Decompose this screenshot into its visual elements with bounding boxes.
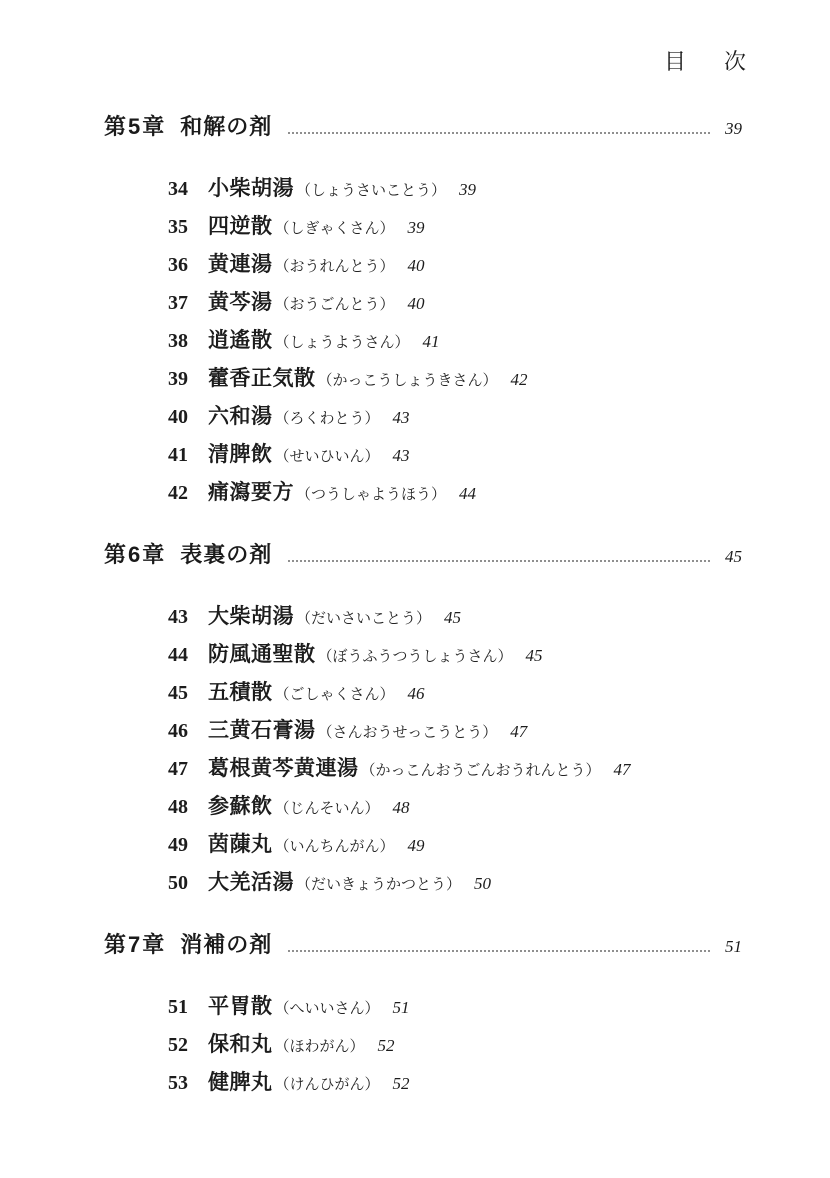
entry-formula-name: 五積散 [208, 676, 273, 706]
entry-page-number: 45 [526, 646, 543, 666]
chapter-label: 第7章 [104, 930, 166, 960]
entry-reading: （いんちんがん） [275, 835, 395, 856]
entry-reading: （かっこうしょうきさん） [318, 369, 498, 390]
entry-number: 45 [168, 682, 193, 705]
entry-reading: （だいさいことう） [296, 607, 431, 628]
entry-page-number: 39 [408, 218, 425, 238]
chapter-label: 第5章 [104, 112, 166, 142]
entry-formula-name: 平胃散 [208, 990, 273, 1020]
toc-entry: 46 三黄石膏湯 （さんおうせっこうとう） 47 [104, 714, 742, 752]
entry-number: 38 [168, 330, 193, 353]
toc-entry: 40 六和湯 （ろくわとう） 43 [104, 400, 742, 438]
toc-entry: 41 清脾飲 （せいひいん） 43 [104, 438, 742, 476]
entry-reading: （おうれんとう） [275, 255, 395, 276]
entry-formula-name: 茵蔯丸 [208, 828, 273, 858]
chapter-label: 第6章 [104, 540, 166, 570]
chapter-section: 第5章 和解の剤 39 34 小柴胡湯 （しょうさいことう） 39 35 四逆散… [104, 112, 742, 514]
chapter-title: 和解の剤 [180, 112, 272, 142]
entry-number: 51 [168, 996, 193, 1019]
entry-formula-name: 四逆散 [208, 210, 273, 240]
toc-entry: 43 大柴胡湯 （だいさいことう） 45 [104, 600, 742, 638]
entry-reading: （しょうさいことう） [296, 179, 446, 200]
chapter-heading: 第7章 消補の剤 51 [104, 930, 742, 962]
toc-entry: 45 五積散 （ごしゃくさん） 46 [104, 676, 742, 714]
dotted-leader [288, 950, 710, 952]
toc-entry: 36 黄連湯 （おうれんとう） 40 [104, 248, 742, 286]
entry-reading: （かっこんおうごんおうれんとう） [361, 759, 601, 780]
entry-page-number: 42 [511, 370, 528, 390]
entry-number: 36 [168, 254, 193, 277]
entry-formula-name: 三黄石膏湯 [208, 714, 316, 744]
entry-formula-name: 黄連湯 [208, 248, 273, 278]
toc-entry: 48 参蘇飲 （じんそいん） 48 [104, 790, 742, 828]
entry-formula-name: 痛瀉要方 [208, 476, 294, 506]
entry-page-number: 52 [393, 1074, 410, 1094]
entry-reading: （ろくわとう） [275, 407, 380, 428]
entry-page-number: 39 [459, 180, 476, 200]
entry-reading: （しぎゃくさん） [275, 217, 395, 238]
entry-formula-name: 大柴胡湯 [208, 600, 294, 630]
toc-entry: 34 小柴胡湯 （しょうさいことう） 39 [104, 172, 742, 210]
entry-number: 40 [168, 406, 193, 429]
entry-reading: （へいいさん） [275, 997, 380, 1018]
chapter-page-number: 51 [720, 932, 742, 962]
entry-formula-name: 保和丸 [208, 1028, 273, 1058]
page-title: 目 次 [664, 49, 754, 74]
entry-number: 35 [168, 216, 193, 239]
entry-page-number: 40 [408, 294, 425, 314]
entry-page-number: 52 [378, 1036, 395, 1056]
entry-number: 47 [168, 758, 193, 781]
entry-reading: （さんおうせっこうとう） [318, 721, 498, 742]
entry-number: 52 [168, 1034, 193, 1057]
chapter-page-number: 39 [720, 114, 742, 144]
entry-formula-name: 清脾飲 [208, 438, 273, 468]
entry-page-number: 45 [444, 608, 461, 628]
toc-entry: 37 黄芩湯 （おうごんとう） 40 [104, 286, 742, 324]
toc: 第5章 和解の剤 39 34 小柴胡湯 （しょうさいことう） 39 35 四逆散… [0, 112, 830, 1104]
entry-page-number: 47 [510, 722, 527, 742]
toc-entry: 38 逍遙散 （しょうようさん） 41 [104, 324, 742, 362]
entry-reading: （おうごんとう） [275, 293, 395, 314]
chapter-entries: 51 平胃散 （へいいさん） 51 52 保和丸 （ほわがん） 52 53 健脾… [104, 990, 742, 1104]
entry-reading: （けんひがん） [275, 1073, 380, 1094]
entry-number: 44 [168, 644, 193, 667]
entry-formula-name: 六和湯 [208, 400, 273, 430]
entry-formula-name: 藿香正気散 [208, 362, 316, 392]
entry-reading: （ほわがん） [275, 1035, 365, 1056]
entry-number: 34 [168, 178, 193, 201]
entry-formula-name: 健脾丸 [208, 1066, 273, 1096]
entry-reading: （しょうようさん） [275, 331, 410, 352]
entry-formula-name: 小柴胡湯 [208, 172, 294, 202]
entry-reading: （せいひいん） [275, 445, 380, 466]
entry-page-number: 41 [423, 332, 440, 352]
entry-page-number: 48 [393, 798, 410, 818]
entry-page-number: 43 [393, 408, 410, 428]
entry-formula-name: 大羌活湯 [208, 866, 294, 896]
entry-formula-name: 黄芩湯 [208, 286, 273, 316]
entry-number: 50 [168, 872, 193, 895]
entry-reading: （つうしゃようほう） [296, 483, 446, 504]
chapter-entries: 34 小柴胡湯 （しょうさいことう） 39 35 四逆散 （しぎゃくさん） 39… [104, 172, 742, 514]
entry-number: 43 [168, 606, 193, 629]
entry-reading: （ぼうふうつうしょうさん） [318, 645, 513, 666]
entry-page-number: 43 [393, 446, 410, 466]
page-header: 目 次 [0, 0, 830, 76]
entry-formula-name: 防風通聖散 [208, 638, 316, 668]
toc-entry: 44 防風通聖散 （ぼうふうつうしょうさん） 45 [104, 638, 742, 676]
entry-number: 48 [168, 796, 193, 819]
chapter-title: 表裏の剤 [180, 540, 272, 570]
chapter-title: 消補の剤 [180, 930, 272, 960]
entry-number: 53 [168, 1072, 193, 1095]
entry-formula-name: 逍遙散 [208, 324, 273, 354]
toc-entry: 49 茵蔯丸 （いんちんがん） 49 [104, 828, 742, 866]
chapter-entries: 43 大柴胡湯 （だいさいことう） 45 44 防風通聖散 （ぼうふうつうしょう… [104, 600, 742, 904]
entry-page-number: 44 [459, 484, 476, 504]
entry-reading: （ごしゃくさん） [275, 683, 395, 704]
chapter-page-number: 45 [720, 542, 742, 572]
entry-page-number: 47 [614, 760, 631, 780]
entry-reading: （だいきょうかつとう） [296, 873, 461, 894]
toc-entry: 47 葛根黄芩黄連湯 （かっこんおうごんおうれんとう） 47 [104, 752, 742, 790]
dotted-leader [288, 132, 710, 134]
entry-page-number: 46 [408, 684, 425, 704]
entry-number: 42 [168, 482, 193, 505]
entry-formula-name: 参蘇飲 [208, 790, 273, 820]
chapter-section: 第6章 表裏の剤 45 43 大柴胡湯 （だいさいことう） 45 44 防風通聖… [104, 540, 742, 904]
toc-entry: 35 四逆散 （しぎゃくさん） 39 [104, 210, 742, 248]
entry-number: 37 [168, 292, 193, 315]
entry-page-number: 51 [393, 998, 410, 1018]
entry-number: 41 [168, 444, 193, 467]
entry-formula-name: 葛根黄芩黄連湯 [208, 752, 359, 782]
chapter-heading: 第5章 和解の剤 39 [104, 112, 742, 144]
entry-page-number: 40 [408, 256, 425, 276]
toc-entry: 52 保和丸 （ほわがん） 52 [104, 1028, 742, 1066]
toc-entry: 39 藿香正気散 （かっこうしょうきさん） 42 [104, 362, 742, 400]
chapter-heading: 第6章 表裏の剤 45 [104, 540, 742, 572]
entry-reading: （じんそいん） [275, 797, 380, 818]
toc-entry: 51 平胃散 （へいいさん） 51 [104, 990, 742, 1028]
toc-entry: 50 大羌活湯 （だいきょうかつとう） 50 [104, 866, 742, 904]
entry-number: 49 [168, 834, 193, 857]
entry-page-number: 50 [474, 874, 491, 894]
entry-page-number: 49 [408, 836, 425, 856]
toc-entry: 53 健脾丸 （けんひがん） 52 [104, 1066, 742, 1104]
entry-number: 46 [168, 720, 193, 743]
entry-number: 39 [168, 368, 193, 391]
chapter-section: 第7章 消補の剤 51 51 平胃散 （へいいさん） 51 52 保和丸 （ほわ… [104, 930, 742, 1104]
toc-entry: 42 痛瀉要方 （つうしゃようほう） 44 [104, 476, 742, 514]
dotted-leader [288, 560, 710, 562]
